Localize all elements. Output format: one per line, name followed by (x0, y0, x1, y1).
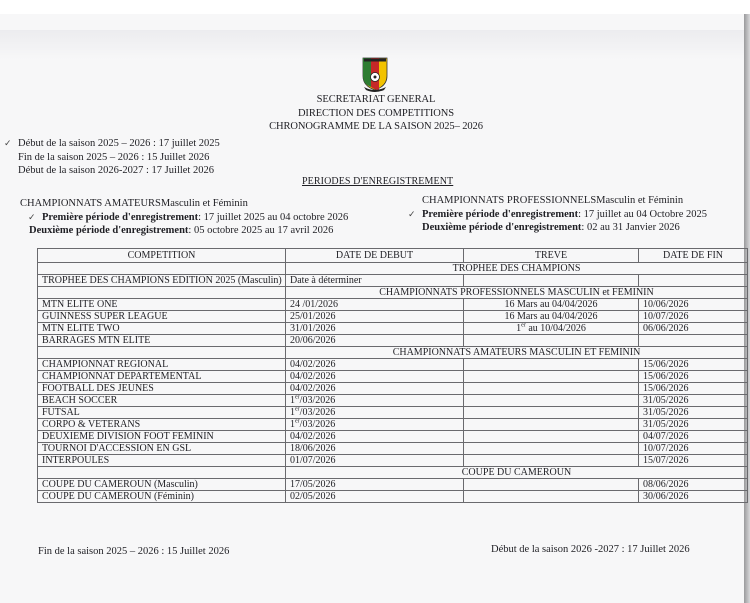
table-row: INTERPOULES01/07/202615/07/2026 (38, 455, 748, 467)
amateur-title-suffix: Masculin et Féminin (161, 197, 248, 211)
start-date-cell: 17/05/2026 (286, 479, 464, 491)
pro-title: CHAMPIONNATS PROFESSIONNELS (422, 194, 596, 208)
section-title: CHAMPIONNATS PROFESSIONNELS MASCULIN et … (286, 287, 748, 299)
table-row: BEACH SOCCER1er/03/202631/05/2026 (38, 395, 748, 407)
header-line: DIRECTION DES COMPETITIONS (250, 107, 502, 121)
end-date-cell: 15/06/2026 (639, 371, 748, 383)
section-title: COUPE DU CAMEROUN (286, 467, 748, 479)
column-header-break: TREVE (464, 249, 639, 263)
pro-second-period-value: : 02 au 31 Janvier 2026 (581, 221, 679, 235)
end-date-cell (639, 335, 748, 347)
footer-next-season-start: Début de la saison 2026 -2027 : 17 Juill… (491, 544, 690, 555)
table-row: BARRAGES MTN ELITE20/06/2026 (38, 335, 748, 347)
checkmark-icon: ✓ (4, 137, 18, 151)
table-row: FUTSAL1er/03/202631/05/2026 (38, 407, 748, 419)
end-date-cell: 06/06/2026 (639, 323, 748, 335)
break-cell (464, 371, 639, 383)
break-cell (464, 275, 639, 287)
pro-first-period-value: : 17 juillet au 04 Octobre 2025 (578, 208, 707, 222)
start-date-cell: 25/01/2026 (286, 311, 464, 323)
break-cell (464, 491, 639, 503)
end-date-cell: 31/05/2026 (639, 419, 748, 431)
end-date-cell: 15/06/2026 (639, 383, 748, 395)
table-row: DEUXIEME DIVISION FOOT FEMININ04/02/2026… (38, 431, 748, 443)
table-row: MTN ELITE TWO31/01/20261er au 10/04/2026… (38, 323, 748, 335)
table-header-row: COMPETITION DATE DE DEBUT TREVE DATE DE … (38, 249, 748, 263)
start-date-cell: 04/02/2026 (286, 383, 464, 395)
end-date-cell: 10/07/2026 (639, 443, 748, 455)
start-date-cell: 18/06/2026 (286, 443, 464, 455)
end-date-cell: 15/06/2026 (639, 359, 748, 371)
competition-cell: FOOTBALL DES JEUNES (38, 383, 286, 395)
competition-cell: CHAMPIONNAT REGIONAL (38, 359, 286, 371)
section-title: CHAMPIONNATS AMATEURS MASCULIN ET FEMINI… (286, 347, 748, 359)
break-cell (464, 407, 639, 419)
break-cell (464, 419, 639, 431)
amateur-title: CHAMPIONNATS AMATEURS (20, 197, 161, 211)
start-date-cell: 04/02/2026 (286, 431, 464, 443)
section-title: TROPHEE DES CHAMPIONS (286, 263, 748, 275)
start-date-cell: 01/07/2026 (286, 455, 464, 467)
competition-cell: INTERPOULES (38, 455, 286, 467)
end-date-cell: 30/06/2026 (639, 491, 748, 503)
table-row: MTN ELITE ONE24 /01/202616 Mars au 04/04… (38, 299, 748, 311)
pro-second-period-label: Deuxième période d'enregistrement (422, 221, 581, 235)
start-date-cell: 02/05/2026 (286, 491, 464, 503)
section-blank-cell (38, 287, 286, 299)
table-row: COUPE DU CAMEROUN (Masculin)17/05/202608… (38, 479, 748, 491)
end-date-cell: 10/06/2026 (639, 299, 748, 311)
amateur-second-period-label: Deuxième période d'enregistrement (29, 224, 188, 238)
next-season-start: Début de la saison 2026-2027 : 17 Juille… (18, 164, 214, 178)
table-row: TOURNOI D'ACCESSION EN GSL18/06/202610/0… (38, 443, 748, 455)
competition-cell: TOURNOI D'ACCESSION EN GSL (38, 443, 286, 455)
document-header: SECRETARIAT GENERAL DIRECTION DES COMPET… (250, 93, 502, 134)
break-cell: 1er au 10/04/2026 (464, 323, 639, 335)
break-cell: 16 Mars au 04/04/2026 (464, 299, 639, 311)
season-end: Fin de la saison 2025 – 2026 : 15 Juille… (18, 151, 209, 165)
section-blank-cell (38, 347, 286, 359)
end-date-cell: 04/07/2026 (639, 431, 748, 443)
end-date-cell: 15/07/2026 (639, 455, 748, 467)
fecafoot-crest-icon (360, 56, 390, 92)
competition-cell: COUPE DU CAMEROUN (Féminin) (38, 491, 286, 503)
break-cell (464, 431, 639, 443)
end-date-cell (639, 275, 748, 287)
column-header-end: DATE DE FIN (639, 249, 748, 263)
amateur-first-period-label: Première période d'enregistrement (42, 211, 198, 225)
section-row: CHAMPIONNATS AMATEURS MASCULIN ET FEMINI… (38, 347, 748, 359)
break-cell (464, 455, 639, 467)
end-date-cell: 31/05/2026 (639, 395, 748, 407)
break-cell (464, 335, 639, 347)
table-row: COUPE DU CAMEROUN (Féminin)02/05/202630/… (38, 491, 748, 503)
header-line: CHRONOGRAMME DE LA SAISON 2025– 2026 (250, 120, 502, 134)
column-header-competition: COMPETITION (38, 249, 286, 263)
table-row: CHAMPIONNAT REGIONAL04/02/202615/06/2026 (38, 359, 748, 371)
checkmark-icon: ✓ (28, 211, 42, 225)
section-row: CHAMPIONNATS PROFESSIONNELS MASCULIN et … (38, 287, 748, 299)
column-header-start: DATE DE DEBUT (286, 249, 464, 263)
competition-cell: DEUXIEME DIVISION FOOT FEMININ (38, 431, 286, 443)
competition-cell: CORPO & VETERANS (38, 419, 286, 431)
section-blank-cell (38, 263, 286, 275)
start-date-cell: Date à déterminer (286, 275, 464, 287)
competition-cell: CHAMPIONNAT DEPARTEMENTAL (38, 371, 286, 383)
pro-first-period-label: Première période d'enregistrement (422, 208, 578, 222)
section-row: TROPHEE DES CHAMPIONS (38, 263, 748, 275)
table-row: FOOTBALL DES JEUNES04/02/202615/06/2026 (38, 383, 748, 395)
end-date-cell: 10/07/2026 (639, 311, 748, 323)
break-cell (464, 359, 639, 371)
start-date-cell: 1er/03/2026 (286, 419, 464, 431)
footer-season-end: Fin de la saison 2025 – 2026 : 15 Juille… (38, 546, 229, 557)
section-row: COUPE DU CAMEROUN (38, 467, 748, 479)
competition-cell: MTN ELITE TWO (38, 323, 286, 335)
section-blank-cell (38, 467, 286, 479)
schedule-body: TROPHEE DES CHAMPIONSTROPHEE DES CHAMPIO… (38, 263, 748, 503)
checkmark-icon: ✓ (408, 208, 422, 222)
pro-title-suffix: Masculin et Féminin (596, 194, 683, 208)
start-date-cell: 31/01/2026 (286, 323, 464, 335)
registration-pro: CHAMPIONNATS PROFESSIONNELS Masculin et … (408, 194, 707, 235)
break-cell (464, 479, 639, 491)
start-date-cell: 04/02/2026 (286, 371, 464, 383)
registration-amateur: CHAMPIONNATS AMATEURS Masculin et Fémini… (20, 197, 348, 238)
competition-cell: TROPHEE DES CHAMPIONS EDITION 2025 (Masc… (38, 275, 286, 287)
season-start: Début de la saison 2025 – 2026 : 17 juil… (18, 137, 220, 151)
start-date-cell: 24 /01/2026 (286, 299, 464, 311)
table-row: GUINNESS SUPER LEAGUE25/01/202616 Mars a… (38, 311, 748, 323)
end-date-cell: 31/05/2026 (639, 407, 748, 419)
start-date-cell: 04/02/2026 (286, 359, 464, 371)
competition-cell: COUPE DU CAMEROUN (Masculin) (38, 479, 286, 491)
break-cell (464, 443, 639, 455)
start-date-cell: 1er/03/2026 (286, 395, 464, 407)
competition-cell: FUTSAL (38, 407, 286, 419)
start-date-cell: 1er/03/2026 (286, 407, 464, 419)
break-cell (464, 383, 639, 395)
start-date-cell: 20/06/2026 (286, 335, 464, 347)
periods-title: PERIODES D'ENREGISTREMENT (302, 176, 453, 187)
amateur-first-period-value: : 17 juillet 2025 au 04 octobre 2026 (198, 211, 348, 225)
competition-cell: MTN ELITE ONE (38, 299, 286, 311)
table-row: TROPHEE DES CHAMPIONS EDITION 2025 (Masc… (38, 275, 748, 287)
amateur-second-period-value: : 05 octobre 2025 au 17 avril 2026 (188, 224, 333, 238)
table-row: CORPO & VETERANS1er/03/202631/05/2026 (38, 419, 748, 431)
break-cell (464, 395, 639, 407)
competition-cell: BARRAGES MTN ELITE (38, 335, 286, 347)
season-dates: ✓Début de la saison 2025 – 2026 : 17 jui… (4, 137, 220, 178)
schedule-table: COMPETITION DATE DE DEBUT TREVE DATE DE … (37, 248, 748, 503)
end-date-cell: 08/06/2026 (639, 479, 748, 491)
table-row: CHAMPIONNAT DEPARTEMENTAL04/02/202615/06… (38, 371, 748, 383)
competition-cell: GUINNESS SUPER LEAGUE (38, 311, 286, 323)
break-cell: 16 Mars au 04/04/2026 (464, 311, 639, 323)
competition-cell: BEACH SOCCER (38, 395, 286, 407)
header-line: SECRETARIAT GENERAL (250, 93, 502, 107)
